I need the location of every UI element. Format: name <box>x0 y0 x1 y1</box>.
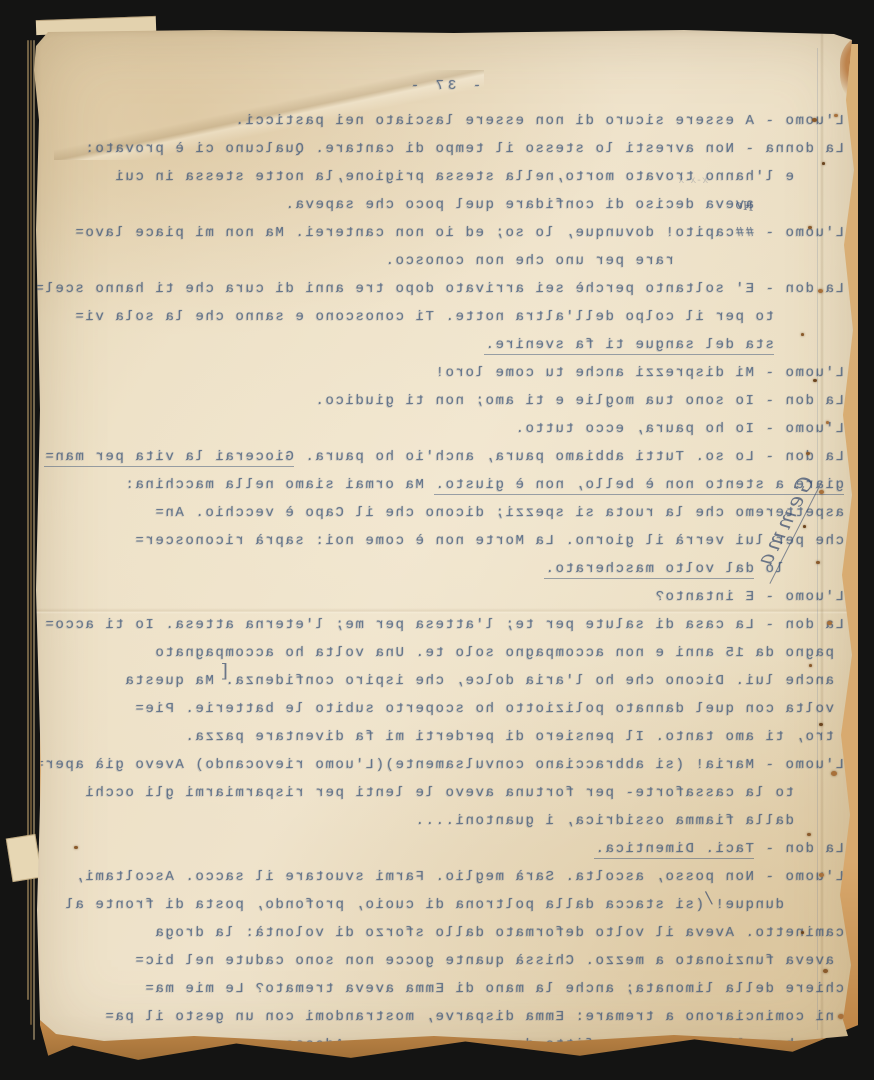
dialogue-line: L'uomo - A essere sicuro di non essere l… <box>44 107 844 135</box>
dialogue-line: aspetteremo che la ruota si spezzi; dico… <box>44 499 844 527</box>
page-number: - 37 - <box>44 72 844 100</box>
rust-speck <box>809 664 812 667</box>
dialogue-line: aveva funzionato a mezzo. Chissà quante … <box>44 947 834 975</box>
rust-speck <box>801 333 804 336</box>
stack-edge <box>33 40 35 1040</box>
rust-speck <box>801 931 804 934</box>
dialogue-line: L'uomo - Maria! (si abbracciano convulsa… <box>44 751 844 779</box>
dialogue-line: dunque! (si stacca dalla poltrona di cuo… <box>44 891 784 919</box>
rust-speck <box>803 525 806 528</box>
text-flow: - 37 - L'uomo - A essere sicuro di non e… <box>44 30 844 1059</box>
dialogue-line: La don - Taci. Dimentica. <box>44 835 844 863</box>
rust-speck <box>826 421 829 424</box>
dialogue-line: La don - La casa di salute per te; l'att… <box>44 611 844 639</box>
rust-speck <box>822 162 825 165</box>
dialogue-line: caminetto. Aveva il volto deformato dall… <box>44 919 844 947</box>
dialogue-line: che per lui verrà il giorno. La Morte no… <box>44 527 844 555</box>
dialogue-line: La donna - Non avresti lo stesso il temp… <box>44 135 844 163</box>
dialogue-line: dalla fiamma ossidrica, i guantoni.... <box>44 807 794 835</box>
dialogue-line: chiere della limonata; anche la mano di … <box>44 975 844 1003</box>
dialogue-line: tro, ti amo tanto. Il pensiero di perder… <box>44 723 834 751</box>
handwritten-bracket: [ <box>221 660 228 682</box>
dialogue-line: La don - E' soltanto perchè sei arrivato… <box>44 275 844 303</box>
dialogue-line: lo dal volto mascherato. <box>44 555 784 583</box>
dialogue-line: sta del sangue ti fa svenire. <box>44 331 774 359</box>
dialogue-line: L'uomo - Non posso, ascolta. Sarà meglio… <box>44 863 844 891</box>
dialogue-line: La don - Io sono tua moglie e ti amo; no… <box>44 387 844 415</box>
dialogue-line: rare per uno che non conosco. <box>44 247 674 275</box>
dialogue-line: aveva deciso di confidare quel poco che … <box>44 191 754 219</box>
dialogue-line: L'uomo - Io ho paura, ecco tutto. <box>44 415 844 443</box>
dialogue-line: pagno da 15 anni e non accompagno solo t… <box>44 639 834 667</box>
dialogue-line: L'uomo - Mi disprezzi anche tu come loro… <box>44 359 844 387</box>
paper-sheet: - 37 - L'uomo - A essere sicuro di non e… <box>34 30 858 1044</box>
typescript-layer: - 37 - L'uomo - A essere sicuro di non e… <box>34 30 858 1044</box>
dialogue-line: La don - Lo so. Tutti abbiamo paura, anc… <box>44 443 844 471</box>
dialogue-line: L'uomo - E intanto? <box>44 583 844 611</box>
dialogue-line: to la cassaforte- per fortuna avevo le l… <box>44 779 794 807</box>
dialogue-line: L'uomo - ##capito! dovunque, lo so; ed i… <box>44 219 844 247</box>
scan-background: - 37 - L'uomo - A essere sicuro di non e… <box>0 0 874 1080</box>
torn-tab <box>6 834 43 882</box>
dialogue-line: ni cominciarono a tremare: Emma disparve… <box>44 1003 834 1031</box>
typed-x-marks: x-x-x <box>678 176 708 187</box>
dialogue-line: to per il colpo dell'altra notte. Ti con… <box>44 303 774 331</box>
handwritten-ho: Ho <box>735 198 754 214</box>
dialogue-line: volta con quel dannato poliziotto ho sco… <box>44 695 834 723</box>
dialogue-line: giare a stento non è bello, non è giusto… <box>44 471 844 499</box>
dialogue-line: anche lui. Dicono che ho l'aria dolce, c… <box>44 667 834 695</box>
